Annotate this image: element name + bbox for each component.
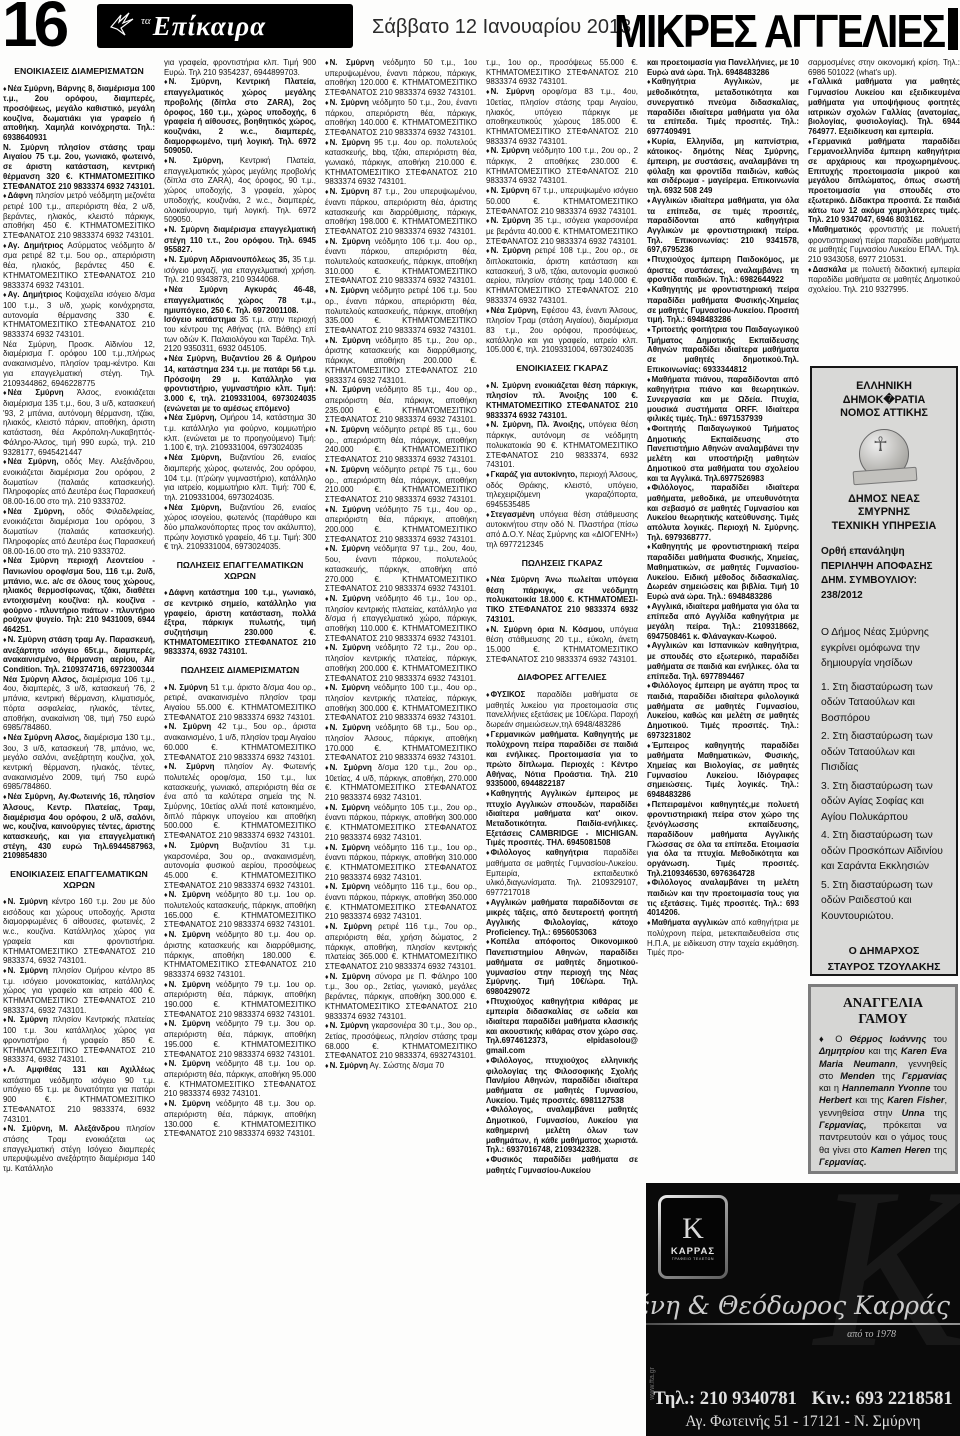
diamond-bullet-icon: ♦ xyxy=(647,642,651,652)
classified-ad: ♦Ν. Σμύρνη 51 τ.μ. άριστο δ/σμα 4ου ορ.,… xyxy=(164,683,316,723)
diamond-bullet-icon: ♦ xyxy=(486,471,490,481)
page-number: 16 xyxy=(2,0,65,54)
classified-ad: ♦Πτυχιούχος καθηγήτρια κιθάρας με εμπειρ… xyxy=(486,997,638,1056)
classified-ad: ♦Ν. Σμύρνη νεόδμητο ρετιρέ 75 τ.μ., 6ου … xyxy=(325,465,477,505)
diamond-bullet-icon: ♦ xyxy=(164,256,168,266)
wedding-name: Γερμανίας xyxy=(902,1071,947,1081)
classified-ad: ♦Μαθηματικός φροντιστής με πολυετή φροντ… xyxy=(808,225,960,265)
wedding-name: Kamen Heren xyxy=(871,1145,931,1155)
karras-address: Αγ. Φωτεινής 51 - 17121 - Ν. Σμύρνη xyxy=(646,1413,960,1431)
wedding-text: του xyxy=(926,1034,947,1044)
classified-ad: ♦Δάφνη πλησίον μετρό νεόδμητη μεζονέτα ρ… xyxy=(3,191,155,241)
classified-ad: ♦Φιλόλογος έμπειρη με αγάπη προς τα παιδ… xyxy=(647,681,799,740)
logo-prefix: τα xyxy=(141,15,151,27)
classified-ad: ♦Ν. Σμύρνη νεόδμητο 100 τ.μ., 2ου ορ., 2… xyxy=(486,146,638,186)
diamond-bullet-icon: ♦ xyxy=(3,636,7,646)
classified-ad: ♦Ν. Σμύρνη νεόδμητο 72 τ.μ., 2ου ορ., πλ… xyxy=(325,643,477,683)
classified-ad: ♦Ν. Σμύρνη νεόδμητο 79 τ.μ. 1ου ορ. απερ… xyxy=(164,980,316,1020)
diamond-bullet-icon: ♦ xyxy=(325,466,329,476)
classified-ad: ♦Αγγλικών και Ισπανικών καθηγήτρια, με σ… xyxy=(647,641,799,681)
classified-ad: ♦Γαλλικά μαθήματα για μαθητές Γυμνασίου … xyxy=(808,77,960,136)
diamond-bullet-icon: ♦ xyxy=(647,603,651,613)
diamond-bullet-icon: ♦ xyxy=(164,414,168,424)
classified-ad: ♦Ν. Σμύρνη νεόδμητο 116 τ.μ., 1ου ορ., έ… xyxy=(325,843,477,883)
classified-ad: ♦Τριτοετής φοιτήτρια του Παιδαγωγικού Τμ… xyxy=(647,325,799,375)
wedding-text: της xyxy=(931,1145,947,1155)
classified-ad: ♦Αγ. Δημήτριος Ασύρματος νεόδμητο δ/σμα … xyxy=(3,241,155,291)
classified-ad: ♦Ν. Σμύρνη Βυζαντίου 31 τ.μ. γκαρσονιέρα… xyxy=(164,841,316,891)
funeral-home-ad: K K ΚΑΡΡΑΣ ΓΡΑΦΕΙΟ ΤΕΛΕΤΩΝ Ελένη & Θεόδω… xyxy=(646,1183,960,1436)
diamond-bullet-icon: ♦ xyxy=(164,355,168,365)
classified-ad: ♦Ν. Σμύρνη νεόδμητο 50 τ.μ., 2ου, έναντι… xyxy=(325,98,477,138)
classified-ad: ♦Νέα Σμύρνη Άνω πωλείται υπόγεια θέση πά… xyxy=(486,575,638,625)
classified-ad: ♦Ν. Σμύρνη νεόδμητο 79 τ.μ. 3ου ορ. απερ… xyxy=(164,1019,316,1059)
diamond-bullet-icon: ♦ xyxy=(647,425,651,435)
issue-date: Σάββατο 12 Ιανουαρίου 2013 xyxy=(372,16,631,39)
wedding-announcement-box: ΑΝΑΓΓΕΛΙΑ ΓΑΜΟΥ ♦ Ο Θέρμος Ιωάννης του Δ… xyxy=(808,984,958,1174)
municipal-subject-line: Ορθή επανάληψη xyxy=(821,545,947,560)
since-year: από το 1978 xyxy=(847,1329,896,1340)
classified-ad: για γραφεία, φροντιστήρια κλπ. Τιμή 900 … xyxy=(164,58,316,77)
diamond-bullet-icon: ♦ xyxy=(164,763,168,773)
diamond-bullet-icon: ♦ xyxy=(486,938,490,948)
classified-ad: ♦Ν. Σμύρνη 87 τ.μ., 2ου υπερυψωμένου, έν… xyxy=(325,187,477,237)
diamond-bullet-icon: ♦ xyxy=(486,849,490,859)
municipal-header-line: ΕΛΛΗΝΙΚΗ ΔΗΜΟΚ�ΡΑΤΙΑ xyxy=(821,380,947,407)
classified-ad: ♦Αγγλικών ιδιαίτερα μαθήματα, για όλα τα… xyxy=(647,196,799,255)
diamond-bullet-icon: ♦ xyxy=(325,804,329,814)
diamond-bullet-icon: ♦ xyxy=(647,326,651,336)
classified-ad: ♦Ν. Σμύρνη νεόδμητα 97 τ.μ., 2ου, 4ου, 5… xyxy=(325,544,477,594)
classified-ad: ♦Δάφνη κατάστημα 100 τ.μ., γωνιακό, σε κ… xyxy=(164,588,316,657)
diamond-bullet-icon: ♦ xyxy=(3,389,7,399)
diamond-bullet-icon: ♦ xyxy=(164,723,168,733)
diamond-bullet-icon: ♦ xyxy=(647,742,651,752)
diamond-bullet-icon: ♦ xyxy=(647,78,651,88)
diamond-bullet-icon: ♦ xyxy=(325,287,329,297)
classified-ad: ♦Νέα Σμύρνη, Βυζαντίου 26 & Ομήρου 14, κ… xyxy=(164,354,316,413)
classifieds-column-3: ♦Ν. Σμύρνη νεόδμητο 50 τ.μ., 1ου υπερυψω… xyxy=(325,58,477,1436)
municipal-subject-line: ΔΗΜ. ΣΥΜΒΟΥΛΙΟΥ: xyxy=(821,574,947,589)
municipal-body-text: Ο Δήμος Νέας Σμύρνης εγκρίνει ομόφωνα τη… xyxy=(821,625,947,672)
municipal-item: 4. Στη διασταύρωση των οδών Προσκόπων Αϊ… xyxy=(821,828,947,875)
classified-ad: ♦Ν. Σμύρνη νεόδμητο 85 τ.μ., 2ου ορ., άρ… xyxy=(325,336,477,386)
classified-ad: ♦Νέα Σμύρνη Άλσος, ενοικιάζεται διαμέρισ… xyxy=(3,388,155,457)
classified-ad: ♦Ν. Σμύρνη νεόδμητο 48 τ.μ. 3ου ορ. απερ… xyxy=(164,1099,316,1139)
classified-ad: ♦Στεγασμένη υπόγεια θέση στάθμευσης αυτο… xyxy=(486,510,638,550)
municipal-org-line: ΤΕΧΝΙΚΗ ΥΠΗΡΕΣΙΑ xyxy=(821,520,947,534)
classified-ad: τ.μ., 1ου ορ., προσόψεως 55.000 €. ΚΤΗΜΑ… xyxy=(486,58,638,87)
section-heading: ΕΝΟΙΚΙΑΣΕΙΣ ΕΠΑΓΓΕΛΜΑΤΙΚΩΝ ΧΩΡΩΝ xyxy=(7,869,151,890)
section-heading: ΠΩΛΗΣΕΙΣ ΓΚΑΡΑΖ xyxy=(490,558,634,569)
municipal-header-line: ΝΟΜΟΣ ΑΤΤΙΚΗΣ xyxy=(821,407,947,421)
diamond-bullet-icon: ♦ xyxy=(164,504,168,514)
wedding-name: Γερμανίας. xyxy=(819,1157,867,1167)
classified-ad: ♦Ν. Σμύρνη ρετιρέ 108 τ.μ., 2ου ορ., σε … xyxy=(486,246,638,305)
classified-ad: ♦Ν. Σμύρνη ρετιρέ 116 τ.μ., 7ου ορ., απε… xyxy=(325,922,477,972)
classified-ad: ♦Νέα Σμύρνη, Αγ.Φωτεινής 16, πλησίον Άλσ… xyxy=(3,792,155,861)
classified-ad: ♦Γερμανικών μαθήματα. Καθηγητής με πολύχ… xyxy=(486,730,638,789)
classified-ad: ♦Νέα Σμύρνη, Εφέσου 43, έναντι Άλσους, π… xyxy=(486,306,638,356)
classified-ad: ♦Καθηγητής Αγγλικών έμπειρος με πτυχίο Α… xyxy=(486,789,638,848)
classified-ad: ♦Νέα Σμύρνη, οδός Μεγ. Αλεξάνδρου, ενοικ… xyxy=(3,457,155,507)
diamond-bullet-icon: ♦ xyxy=(164,226,168,236)
classified-ad: ♦Πτυχιούχος έμπειρη Παιδοκόμος, με άριστ… xyxy=(647,255,799,285)
diamond-bullet-icon: ♦ xyxy=(486,691,490,701)
wedding-text: και της xyxy=(865,1046,901,1056)
classified-ad: ♦Αγγλικών μαθήματα παραδίδονται σε μικρέ… xyxy=(486,898,638,938)
diamond-bullet-icon: ♦ xyxy=(3,898,7,908)
diamond-bullet-icon: ♦ xyxy=(164,1100,168,1110)
diamond-bullet-icon: ♦ xyxy=(3,1066,7,1076)
diamond-bullet-icon: ♦ xyxy=(325,724,329,734)
diamond-bullet-icon: ♦ xyxy=(3,1125,7,1135)
diamond-bullet-icon: ♦ xyxy=(164,589,168,599)
wedding-name: Θέρμος Ιωάννης xyxy=(849,1034,926,1044)
diamond-bullet-icon: ♦ xyxy=(164,454,168,464)
diamond-bullet-icon: ♦ xyxy=(486,307,490,317)
diamond-bullet-icon: ♦ xyxy=(325,1062,329,1072)
classified-ad: ♦Φιλόλογος, πτυχιούχος ελληνικής φιλολογ… xyxy=(486,1056,638,1106)
diamond-bullet-icon: ♦ xyxy=(325,844,329,854)
diamond-bullet-icon: ♦ xyxy=(647,919,651,929)
classified-ad: ♦Φιλόλογος καθηγήτρια παραδίδει μαθήματα… xyxy=(486,848,638,898)
classified-ad: ♦Κοπέλα απόφοιτος Οικονομικού Πανεπιστημ… xyxy=(486,937,638,996)
diamond-bullet-icon: ♦ xyxy=(325,139,329,149)
diamond-bullet-icon: ♦ xyxy=(486,1057,490,1067)
classified-ad: ♦Φιλόλογος, παραδίδει ιδιαίτερα μαθήματα… xyxy=(647,483,799,542)
classified-ad: ♦Ν. Σμύρνη, Μ. Αλεξάνδρου πλησίον στάσης… xyxy=(3,1124,155,1174)
classified-ad: ♦Ν. Σμύρνη νεόδμητο 80 τ.μ. 4ου ορ. άρισ… xyxy=(164,930,316,980)
classifieds-column-5: και προετοιμασία για Πανελλήνιες, με 10 … xyxy=(647,58,799,1180)
classified-ad: ♦Ν. Σμύρνη νεόδμητο 100 τ.μ., 4ου ορ., π… xyxy=(325,683,477,723)
classified-ad: ♦Φιλόλογος, αναλαμβάνει μαθητές Δημοτικο… xyxy=(486,1105,638,1155)
wedding-name: Hannemann Yvonne xyxy=(842,1083,930,1093)
classified-ad: ♦Ν. Σμύρνη πλησίον Κεντρικής πλατείας 10… xyxy=(3,1015,155,1065)
diamond-bullet-icon: ♦ xyxy=(325,973,329,983)
diamond-bullet-icon: ♦ xyxy=(486,1106,490,1116)
classified-ad: ♦Έμπειρος καθηγητής παραδίδει μαθήματα Μ… xyxy=(647,741,799,800)
diamond-bullet-icon: ♦ xyxy=(647,376,651,386)
municipal-item: 1. Στη διασταύρωση των οδών Ταταούλων κα… xyxy=(821,680,947,727)
classified-ad: ♦ΦΥΣΙΚΟΣ παραδίδει μαθήματα σε μαθητές λ… xyxy=(486,690,638,730)
diamond-bullet-icon: ♦ xyxy=(164,157,168,167)
classified-ad: ♦Νέα Σμύρνη, Βυζαντίου 26, ενιαίος χώρος… xyxy=(164,503,316,553)
diamond-bullet-icon: ♦ xyxy=(3,557,7,567)
classified-ad: ♦Νέα Σμύρνη, Ομήρου 14, κατάστημα 30 τ.μ… xyxy=(164,413,316,453)
diamond-bullet-icon: ♦ xyxy=(325,386,329,396)
classifieds-column-6: σαρμοσμένες στην οικονομική κρίση. Τηλ.:… xyxy=(808,58,960,362)
diamond-bullet-icon: ♦ xyxy=(647,484,651,494)
classified-ad: ♦Φοιτητής Παιδαγωγικού Τμήματος Δημοτική… xyxy=(647,424,799,483)
diamond-bullet-icon: ♦ xyxy=(3,85,7,95)
classified-ad: ♦Λ. Αμφιθέας 131 και Αχιλλέως κατάστημα … xyxy=(3,1065,155,1124)
diamond-bullet-icon: ♦ xyxy=(325,923,329,933)
classified-ad: ♦Ν. Σμύρνη πλησίον Αγ. Φωτεινής πολυτελέ… xyxy=(164,762,316,841)
wedding-name: Herbert xyxy=(819,1095,852,1105)
diamond-bullet-icon: ♦ xyxy=(325,545,329,555)
karras-logo-name: ΚΑΡΡΑΣ xyxy=(671,1246,715,1257)
section-heading: ΕΝΟΙΚΙΑΣΕΙΣ ΓΚΑΡΑΖ xyxy=(490,363,634,374)
diamond-bullet-icon: ♦ xyxy=(325,764,329,774)
classified-ad: ♦Ν. Σμύρνη διαμέρισμα επαγγελματική στέγ… xyxy=(164,225,316,255)
diamond-bullet-icon: ♦ xyxy=(325,1022,329,1032)
classified-ad: ♦Καθηγητής με φροντιστηριακή πείρα παραδ… xyxy=(647,285,799,325)
diamond-bullet-icon: ♦ xyxy=(486,790,490,800)
classified-ad: ♦Ν. Σμύρνη νεόδμητο 80 τ.μ. 1ου ορ. πολυ… xyxy=(164,890,316,930)
classified-ad: ♦Νέα Σμύρνη περιοχή Λεοντείου - Πανιωνίο… xyxy=(3,556,155,635)
wedding-title: ΑΝΑΓΓΕΛΙΑ ΓΑΜΟΥ xyxy=(819,995,947,1027)
diamond-bullet-icon: ♦ xyxy=(3,508,7,518)
diamond-bullet-icon: ♦ xyxy=(486,731,490,741)
wedding-text: της xyxy=(925,1108,947,1118)
classified-ad: ♦Ν. Σμύρνη γκαρσονιέρα 30 τ.μ., 3ου ορ.,… xyxy=(325,1021,477,1061)
classified-ad: ♦Γερμανικά μαθήματα παραδίδει Γερμανοελλ… xyxy=(808,137,960,225)
diamond-bullet-icon: ♦ xyxy=(647,197,651,207)
classified-ad: ♦Ν. Σμύρνη Αδριανουπόλεως 35, 35 τ.μ. ισ… xyxy=(164,255,316,285)
classified-ad: ♦Κυρία, Ελληνίδα, μη καπνίστρια, κάτοικο… xyxy=(647,137,799,196)
diamond-bullet-icon: ♦ xyxy=(164,1020,168,1030)
municipal-items: 1. Στη διασταύρωση των οδών Ταταούλων κα… xyxy=(821,680,947,925)
classified-ad: Ν. Σμύρνη πλησίον στάσης τραμ Αιγαίου 75… xyxy=(3,143,155,192)
newspaper-logo: τα Επίκαιρα xyxy=(97,4,353,48)
diamond-bullet-icon: ♦ xyxy=(486,576,490,586)
wedding-text: της xyxy=(875,1071,902,1081)
classified-ad: σαρμοσμένες στην οικονομική κρίση. Τηλ.:… xyxy=(808,58,960,77)
diamond-bullet-icon: ♦ xyxy=(647,256,651,266)
classified-ad: ♦Ν. Σμύρνη στάση τραμ Αγ. Παρασκευή, ανε… xyxy=(3,635,155,675)
classified-ad: ♦Νέα Σμύρνη Αγκυράς 46-48, επαγγελματικό… xyxy=(164,285,316,315)
classified-ad: ♦Ν. Σμύρνη πλησίον Ομήρου κέντρο 85 τ.μ.… xyxy=(3,966,155,1016)
municipal-subject-line: ΠΕΡΙΛΗΨΗ ΑΠΟΦΑΣΗΣ xyxy=(821,560,947,575)
section-heading: ΕΝΟΙΚΙΑΣΕΙΣ ΔΙΑΜΕΡΙΣΜΑΤΩΝ xyxy=(7,66,151,77)
classified-ad: ♦Νέα Σμύρνη, οδός Φιλαδελφείας, ενοικιάζ… xyxy=(3,507,155,557)
wedding-text: και η xyxy=(819,1083,842,1093)
classified-ad: ♦Ν. Σμύρνη 67 τ.μ., υπερυψωμένο ισόγειο … xyxy=(486,186,638,216)
diamond-bullet-icon: ♦ xyxy=(486,998,490,1008)
classified-ad: ♦Νέα Σμύρνη Αλσος, διαμέρισμα 130 τ.μ., … xyxy=(3,733,155,792)
municipal-item: 3. Στη διασταύρωση των οδών Αγίας Σοφίας… xyxy=(821,779,947,826)
classified-ad: ♦Καθηγήτρια Αγγλικών, με μεθοδικότητα, μ… xyxy=(647,77,799,136)
diamond-bullet-icon: ♦ xyxy=(808,78,812,88)
diamond-bullet-icon: ♦ xyxy=(486,511,490,521)
newspaper-page: 16 τα Επίκαιρα Σάββατο 12 Ιανουαρίου 201… xyxy=(0,0,960,1436)
classifieds-column-1: ΕΝΟΙΚΙΑΣΕΙΣ ΔΙΑΜΕΡΙΣΜΑΤΩΝ♦Νέα Σμύρνη, Βά… xyxy=(3,58,155,1436)
classifieds-column-4: τ.μ., 1ου ορ., προσόψεως 55.000 €. ΚΤΗΜΑ… xyxy=(486,58,638,1436)
diamond-bullet-icon: ♦ xyxy=(808,226,812,236)
diamond-bullet-icon: ♦ xyxy=(3,967,7,977)
wedding-name: Δημητρίου xyxy=(819,1046,865,1056)
classified-ad: ♦Δασκάλα με πολυετή διδακτική εμπειρία π… xyxy=(808,265,960,295)
classified-ad: ♦Ν. Σμύρνη νεόδμητο 75 τ.μ., 4ου ορ., απ… xyxy=(325,505,477,545)
diamond-bullet-icon: ♦ xyxy=(647,138,651,148)
classified-ad: ♦Ν. Σμύρνη, Κεντρική Πλατεία, επαγγελματ… xyxy=(164,77,316,156)
diamond-bullet-icon: ♦ xyxy=(486,626,490,636)
wedding-name: Menden xyxy=(840,1071,875,1081)
classified-ad: ♦Μαθήματα αγγλικών από καθηγήτρια με πολ… xyxy=(647,918,799,958)
classified-ad: ♦Ν. Σμύρνη νεόδμητο 48 τ.μ. 1ου ορ. απερ… xyxy=(164,1059,316,1099)
diamond-bullet-icon: ♦ xyxy=(486,247,490,257)
classified-ad: ♦Ν. Σμύρνη 95 τ.μ. 4ου ορ. πολυτελούς κα… xyxy=(325,138,477,188)
municipal-notice-box: ΕΛΛΗΝΙΚΗ ΔΗΜΟΚ�ΡΑΤΙΑ ΝΟΜΟΣ ΑΤΤΙΚΗΣ ☥ ΔΗΜ… xyxy=(810,366,958,976)
classified-ad: ♦Ν. Σμύρνη κέντρο 160 τ.μ. 2ου με δύο ει… xyxy=(3,897,155,966)
classified-ad: ♦Ν. Σμύρνη νεόδμητο ρετιρέ 106 τ.μ. 5ου … xyxy=(325,286,477,336)
diamond-bullet-icon: ♦ xyxy=(325,595,329,605)
municipal-org-line: ΔΗΜΟΣ ΝΕΑΣ ΣΜΥΡΝΗΣ xyxy=(821,493,947,520)
classified-ad: ♦Μαθήματα πιάνου, παραδίδονται από καθηγ… xyxy=(647,375,799,425)
wedding-text: και της xyxy=(852,1095,888,1105)
classified-ad: ♦Ν. Σμύρνη, Πλ. Άνοιξης, υπόγεια θέση πά… xyxy=(486,420,638,470)
classified-ad: ♦Ν. Σμύρνη νεόδμητο 116 τ.μ., 6ου ορ., έ… xyxy=(325,882,477,922)
diamond-bullet-icon: ♦ xyxy=(325,506,329,516)
classified-ad: ♦Ν. Σμύρνη σύνορα με Π. Φάληρο 100 τ.μ.,… xyxy=(325,972,477,1022)
classified-ad: Νέα Σμύρνη, Προσκ. Αϊδινίου 12, διαμέρισ… xyxy=(3,340,155,389)
diamond-bullet-icon: ♦ xyxy=(808,138,812,148)
wedding-text: του xyxy=(930,1083,947,1093)
classified-ad: ♦Αγ. Δημήτριος Κοψαχείλα ισόγειο δ/σμα 1… xyxy=(3,290,155,340)
classified-ad: ♦Ν. Σμύρνη δ/σμα 120 τ.μ., 2ου ορ., 10ετ… xyxy=(325,763,477,803)
wedding-name: Karen Fisher xyxy=(887,1095,944,1105)
classified-ad: ♦Ν. Σμύρνη οροφ/σμα 83 τ.μ., 4ου, 10ετία… xyxy=(486,87,638,146)
diamond-bullet-icon: ♦ xyxy=(164,1060,168,1070)
classified-ad: ♦Ν. Σμύρνη νεόδμητο 85 τ.μ., 4ου ορ., απ… xyxy=(325,385,477,425)
karras-website: www.fta.gr xyxy=(649,1367,656,1400)
diamond-bullet-icon: ♦ xyxy=(486,421,490,431)
diamond-bullet-icon: ♦ xyxy=(325,684,329,694)
classified-ad: ♦Πεπειραμένοι καθηγητές,με πολυετή φροντ… xyxy=(647,800,799,879)
municipal-item: 5. Στη διασταύρωση των οδών Ραιδεστού κα… xyxy=(821,878,947,925)
diamond-bullet-icon: ♦ xyxy=(3,734,7,744)
classified-ad: ♦Νέα Σμύρνη, Βάρνης 8, διαμέρισμα 100 τ.… xyxy=(3,84,155,143)
section-title: ΜΙΚΡΕΣ ΑΓΓΕΛΙΕΣ xyxy=(614,4,944,58)
diamond-bullet-icon: ♦ xyxy=(3,242,7,252)
diamond-bullet-icon: ♦ xyxy=(486,899,490,909)
diamond-bullet-icon: ♦ xyxy=(164,684,168,694)
diamond-bullet-icon: ♦ xyxy=(647,682,651,692)
diamond-bullet-icon: ♦ xyxy=(325,644,329,654)
classified-ad: ♦Φιλόλογος αναλαμβάνει τη μελέτη παιδιών… xyxy=(647,878,799,918)
diamond-bullet-icon: ♦ xyxy=(486,147,490,157)
wedding-name: Unna xyxy=(902,1108,925,1118)
classifieds-column-2: για γραφεία, φροντιστήρια κλπ. Τιμή 900 … xyxy=(164,58,316,1436)
karras-phone: Τηλ.: 210 9340781 xyxy=(653,1389,797,1410)
section-heading: ΔΙΑΦΟΡΕΣ ΑΓΓΕΛΙΕΣ xyxy=(490,672,634,683)
classified-ad: ♦Ν. Σμύρνη νεόδμητο 105 τ.μ., 2ου ορ., έ… xyxy=(325,803,477,843)
diamond-bullet-icon: ♦ xyxy=(325,99,329,109)
logo-name: Επίκαιρα xyxy=(153,11,266,42)
classified-ad: ♦Ν. Σμύρνη όρια Ν. Κόσμου, υπόγεια θέση … xyxy=(486,625,638,665)
diamond-bullet-icon: ♦ xyxy=(3,458,7,468)
classified-ad: Ισόγειο κατάστημα 35 τ.μ. στην περιοχή τ… xyxy=(164,315,316,354)
diamond-bullet-icon: ♦ xyxy=(647,879,651,889)
diamond-bullet-icon: ♦ xyxy=(164,931,168,941)
diamond-bullet-icon: ♦ xyxy=(486,88,490,98)
classified-ad: ♦Ν. Σμύρνη 42 τ.μ., 5ου ορ., άριστα ανακ… xyxy=(164,722,316,762)
mayor-title: Ο ΔΗΜΑΡΧΟΣ xyxy=(821,944,947,960)
owners-script-name: Ελένη & Θεόδωρος Καρράς xyxy=(646,1291,950,1320)
diamond-bullet-icon: ♦ xyxy=(647,543,651,553)
diamond-bullet-icon: ♦ xyxy=(325,188,329,198)
diamond-bullet-icon: ♦ xyxy=(164,78,168,88)
page-header: 16 τα Επίκαιρα Σάββατο 12 Ιανουαρίου 201… xyxy=(0,0,960,56)
classified-ad: ♦Ν. Σμύρνη νεόδμητο 46 τ.μ., 1ου ορ., πλ… xyxy=(325,594,477,644)
classified-ad: ♦Γκαράζ για αυτοκίνητο, περιοχή Άλσους, … xyxy=(486,470,638,510)
municipal-seal-icon: ☥ xyxy=(853,429,915,485)
section-heading: ΠΩΛΗΣΕΙΣ ΕΠΑΓΓΕΛΜΑΤΙΚΩΝ ΧΩΡΩΝ xyxy=(168,560,312,581)
classified-ad: ♦Ν. Σμύρνη νεόδμητο 106 τ.μ. 4ου ορ., έν… xyxy=(325,237,477,287)
wedding-text: ♦ Ο xyxy=(819,1034,849,1044)
title-bar-decoration xyxy=(948,8,958,50)
classified-ad: ♦Νέα Σμύρνη, Βυζαντίου 26, ενιαίος διαμπ… xyxy=(164,453,316,503)
classified-ad: ♦Ν. Σμύρνη νεόδμητο ρετιρέ 85 τ.μ., 6ου … xyxy=(325,425,477,465)
diamond-bullet-icon: ♦ xyxy=(3,793,7,803)
diamond-bullet-icon: ♦ xyxy=(808,266,812,276)
classified-ad: ♦Ν. Σμύρνη Αγ. Σώστης δ/σμα 70 xyxy=(325,1061,477,1072)
karras-logo-initial: K xyxy=(682,1214,704,1244)
diamond-bullet-icon: ♦ xyxy=(486,1156,490,1166)
diamond-bullet-icon: ♦ xyxy=(647,801,651,811)
watermark-letter: K xyxy=(815,1183,960,1383)
silver-divider xyxy=(646,1323,960,1325)
diamond-bullet-icon: ♦ xyxy=(325,238,329,248)
classified-ad: ♦Αγγλικά, ιδιαίτερα μαθήματα για όλα τα … xyxy=(647,602,799,642)
diamond-bullet-icon: ♦ xyxy=(3,291,7,301)
section-heading: ΠΩΛΗΣΕΙΣ ΔΙΑΜΕΡΙΣΜΑΤΩΝ xyxy=(168,665,312,676)
wedding-name: Γερμανίας, xyxy=(819,1120,867,1130)
bird-logo-icon xyxy=(107,9,137,44)
classified-ad: ♦Ν. Σμύρνη νεόδμητο 68 τ.μ., 5ου ορ., πλ… xyxy=(325,723,477,763)
diamond-bullet-icon: ♦ xyxy=(3,192,7,202)
diamond-bullet-icon: ♦ xyxy=(164,981,168,991)
classified-ad: και προετοιμασία για Πανελλήνιες, με 10 … xyxy=(647,58,799,77)
diamond-bullet-icon: ♦ xyxy=(164,891,168,901)
municipal-item: 2. Στη διασταύρωση των οδών Ταταούλων κα… xyxy=(821,729,947,776)
diamond-bullet-icon: ♦ xyxy=(486,217,490,227)
diamond-bullet-icon: ♦ xyxy=(3,1016,7,1026)
classified-ad: ♦Ν. Σμύρνη, Κεντρική Πλατεία, επαγγελματ… xyxy=(164,156,316,225)
classified-ad: Νέα Σμύρνη Αλσος, διαμέρισμα 106 τ.μ., 4… xyxy=(3,675,155,733)
diamond-bullet-icon: ♦ xyxy=(325,337,329,347)
classified-ad: ♦Ν. Σμύρνη νεόδμητο 50 τ.μ., 1ου υπερυψω… xyxy=(325,58,477,98)
karras-logo-subtitle: ΓΡΑΦΕΙΟ ΤΕΛΕΤΩΝ xyxy=(672,1257,714,1261)
classified-ad: ♦Καθηγητής με φροντιστηριακή πείρα παραδ… xyxy=(647,542,799,601)
wedding-body: ♦ Ο Θέρμος Ιωάννης του Δημητρίου και της… xyxy=(819,1033,947,1168)
diamond-bullet-icon: ♦ xyxy=(647,286,651,296)
classified-ad: ♦Ν. Σμύρνη 35 τ.μ., ισόγεια γκαρσονιέρα … xyxy=(486,216,638,246)
diamond-bullet-icon: ♦ xyxy=(325,883,329,893)
classified-ad: ♦Ν. Σμύρνη ενοικιάζεται θέση πάρκιγκ, πλ… xyxy=(486,381,638,421)
municipal-subject-line: 238/2012 xyxy=(821,589,947,604)
classified-ad: ♦Φυσικός παραδίδει μαθήματα σε μαθητές Γ… xyxy=(486,1155,638,1175)
diamond-bullet-icon: ♦ xyxy=(486,382,490,392)
diamond-bullet-icon: ♦ xyxy=(325,59,329,69)
diamond-bullet-icon: ♦ xyxy=(164,286,168,296)
diamond-bullet-icon: ♦ xyxy=(325,426,329,436)
diamond-bullet-icon: ♦ xyxy=(486,187,490,197)
diamond-bullet-icon: ♦ xyxy=(164,842,168,852)
mayor-name: ΣΤΑΥΡΟΣ ΤΖΟΥΛΑΚΗΣ xyxy=(821,960,947,976)
karras-mobile: Κιν.: 693 2218581 xyxy=(812,1389,953,1410)
karras-logo: K ΚΑΡΡΑΣ ΓΡΑΦΕΙΟ ΤΕΛΕΤΩΝ xyxy=(658,1195,728,1279)
